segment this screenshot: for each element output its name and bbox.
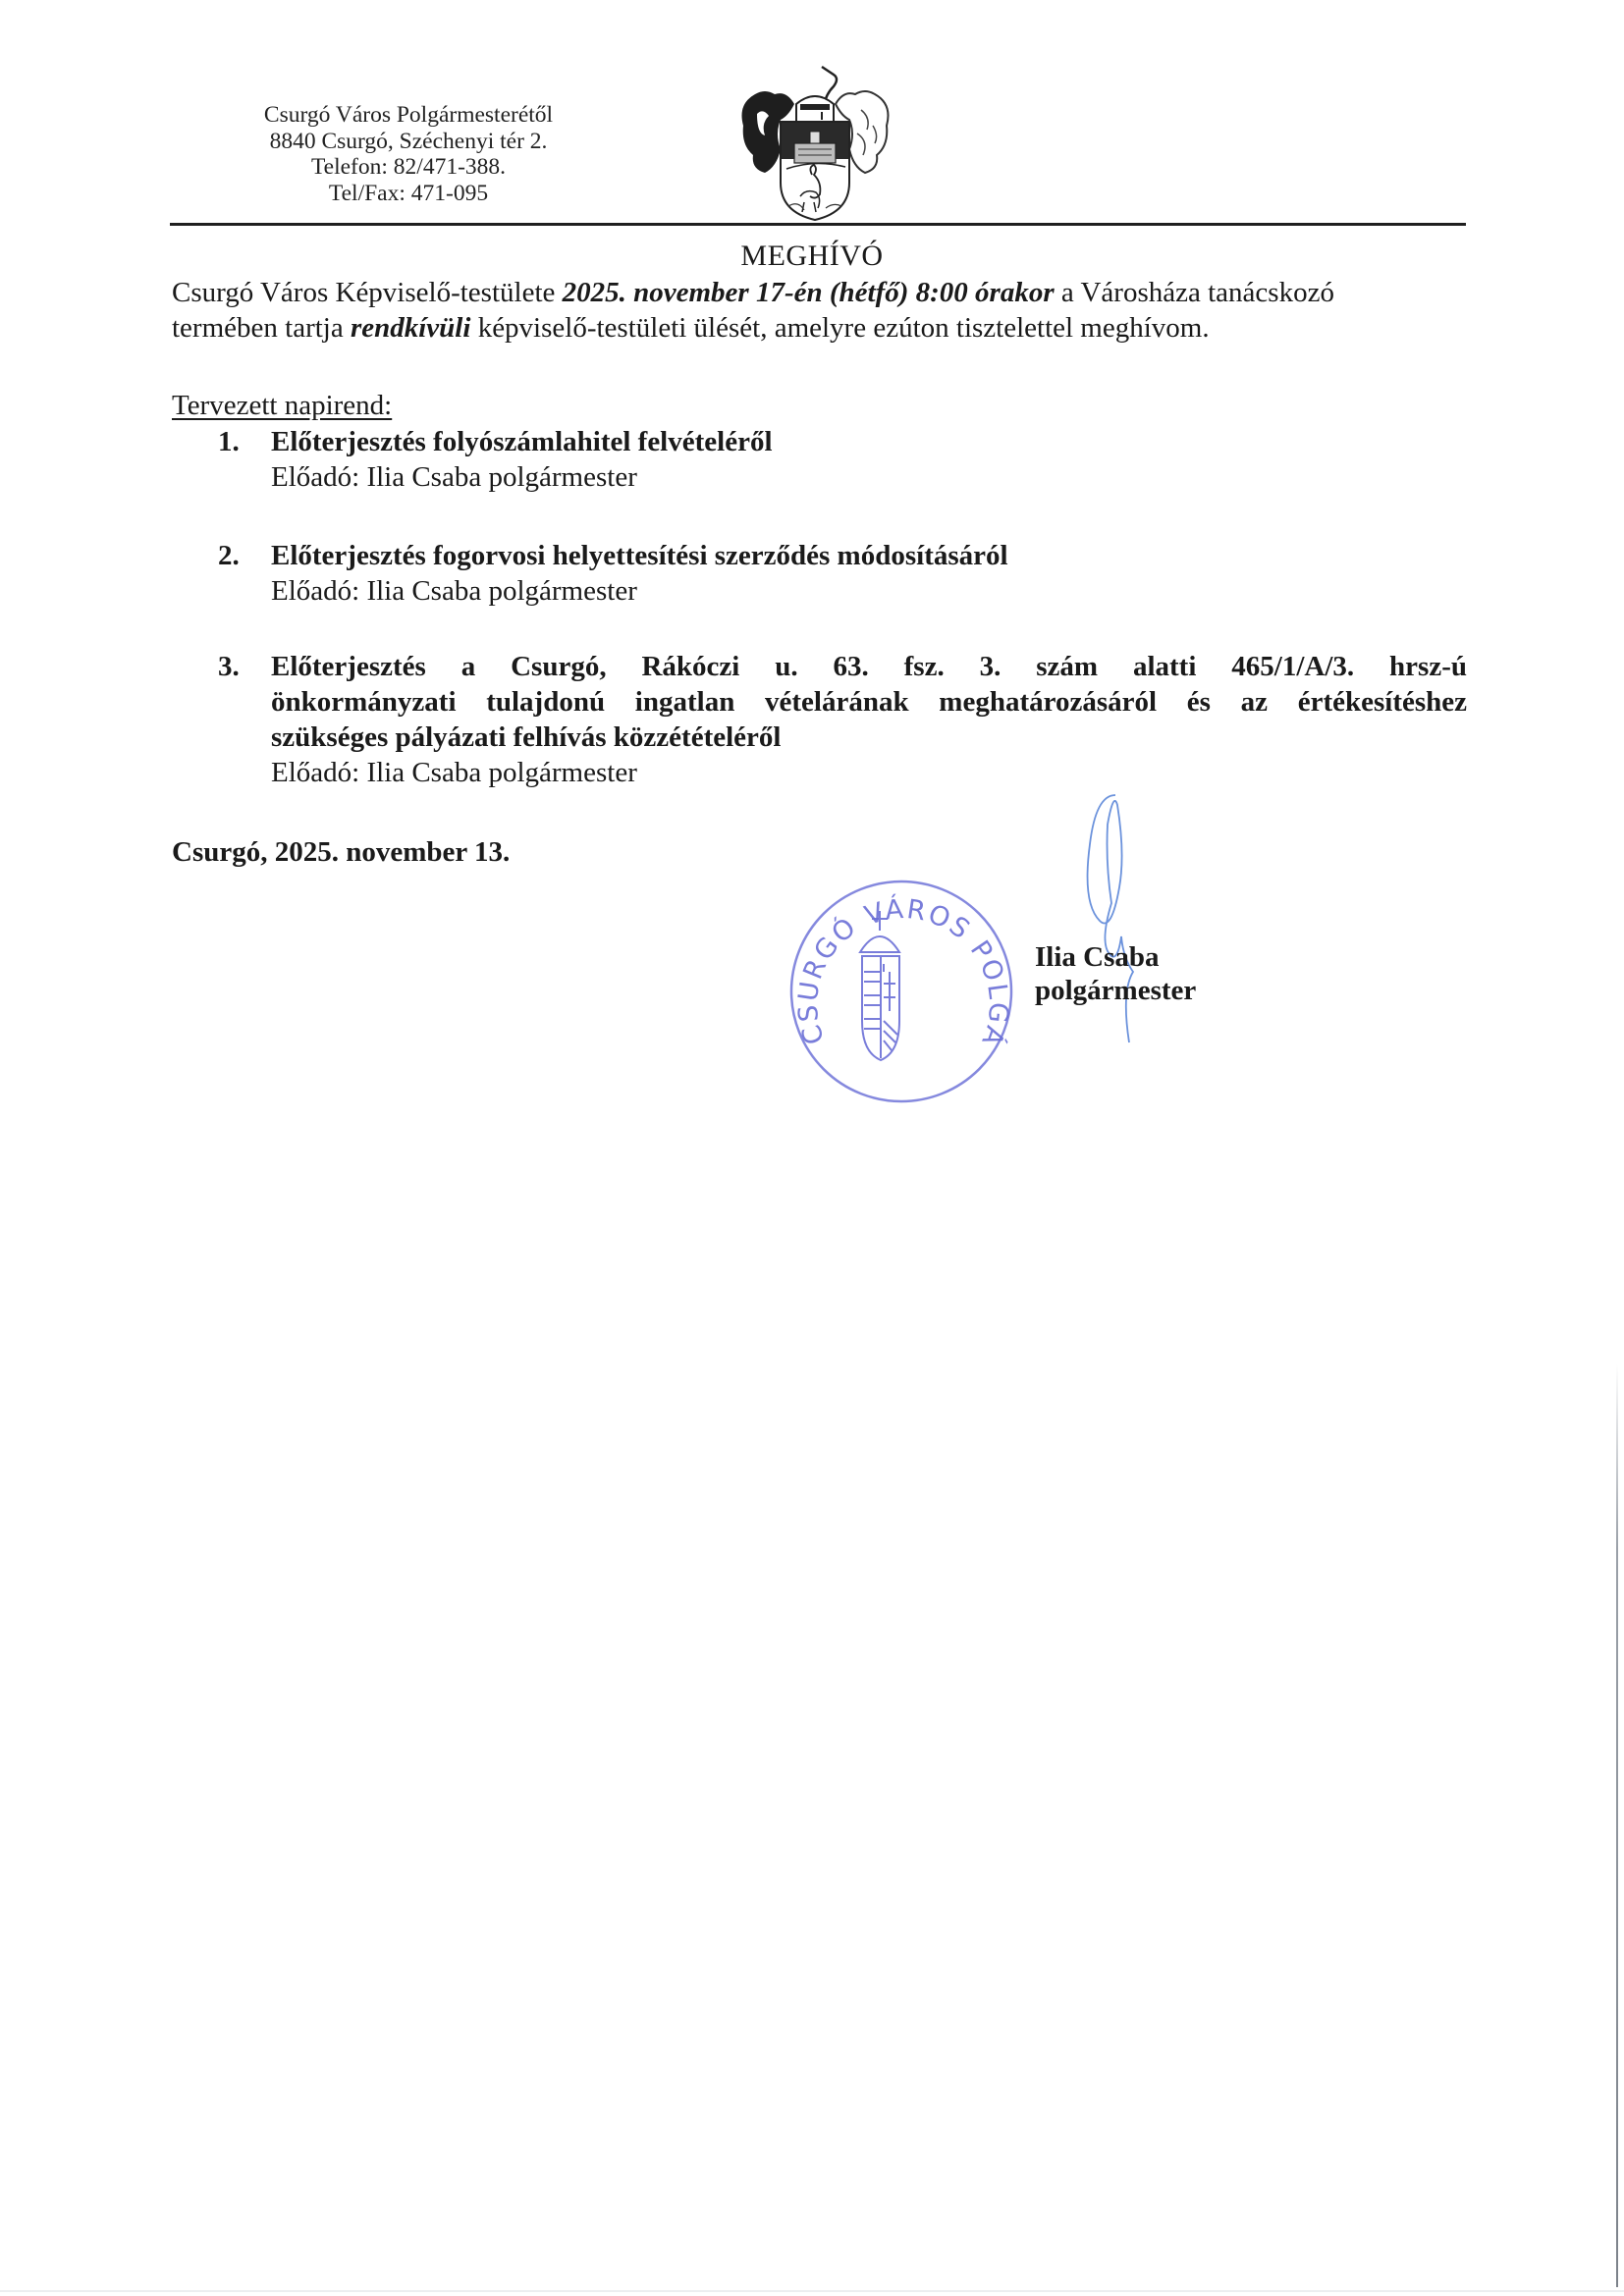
letterhead-phone: Telefon: 82/471-388. xyxy=(192,154,624,181)
signer-name: Ilia Csaba xyxy=(1035,940,1196,974)
page-title: MEGHÍVÓ xyxy=(0,240,1624,273)
intro-line-2: termében tartja rendkívüli képviselő-tes… xyxy=(172,310,1210,346)
agenda-item-speaker: Előadó: Ilia Csaba polgármester xyxy=(271,573,637,609)
agenda-item-title: Előterjesztés folyószámlahitel felvételé… xyxy=(271,424,773,459)
header-divider xyxy=(170,223,1466,226)
agenda-item-number: 2. xyxy=(218,538,240,573)
letterhead-address: 8840 Csurgó, Széchenyi tér 2. xyxy=(192,129,624,155)
scan-edge-bottom xyxy=(0,2290,1624,2292)
letterhead: Csurgó Város Polgármesterétől 8840 Csurg… xyxy=(192,102,624,206)
agenda-item-number: 3. xyxy=(218,649,240,684)
coat-of-arms-icon xyxy=(731,65,898,222)
official-stamp-icon: CSURGÓ VÁROS POLGÁRMESTERE xyxy=(785,874,1021,1109)
document-date: Csurgó, 2025. november 13. xyxy=(172,834,510,870)
signer-block: Ilia Csaba polgármester xyxy=(1035,940,1196,1007)
meeting-type: rendkívüli xyxy=(351,312,470,344)
handwritten-signature xyxy=(1060,785,1168,1050)
agenda-item-title: Előterjesztés fogorvosi helyettesítési s… xyxy=(271,538,1008,573)
intro-text: képviselő-testületi ülését, amelyre ezút… xyxy=(470,312,1209,344)
agenda-item-title: Előterjesztés a Csurgó, Rákóczi u. 63. f… xyxy=(271,649,1467,684)
intro-text: a Városháza tanácskozó xyxy=(1055,277,1334,308)
agenda-item-speaker: Előadó: Ilia Csaba polgármester xyxy=(271,459,637,495)
meeting-datetime: 2025. november 17-én (hétfő) 8:00 órakor xyxy=(563,277,1055,308)
agenda-heading: Tervezett napirend: xyxy=(172,388,392,423)
letterhead-sender: Csurgó Város Polgármesterétől xyxy=(192,102,624,129)
intro-text: Csurgó Város Képviselő-testülete xyxy=(172,277,563,308)
intro-text: termében tartja xyxy=(172,312,351,344)
letterhead-fax: Tel/Fax: 471-095 xyxy=(192,181,624,207)
agenda-item-speaker: Előadó: Ilia Csaba polgármester xyxy=(271,755,637,790)
signer-role: polgármester xyxy=(1035,974,1196,1007)
agenda-item-title: szükséges pályázati felhívás közzétételé… xyxy=(271,720,781,755)
agenda-item-title: önkormányzati tulajdonú ingatlan vételár… xyxy=(271,684,1467,720)
intro-line-1: Csurgó Város Képviselő-testülete 2025. n… xyxy=(172,275,1334,310)
agenda-item-number: 1. xyxy=(218,424,240,459)
scan-edge xyxy=(1616,1364,1618,2287)
